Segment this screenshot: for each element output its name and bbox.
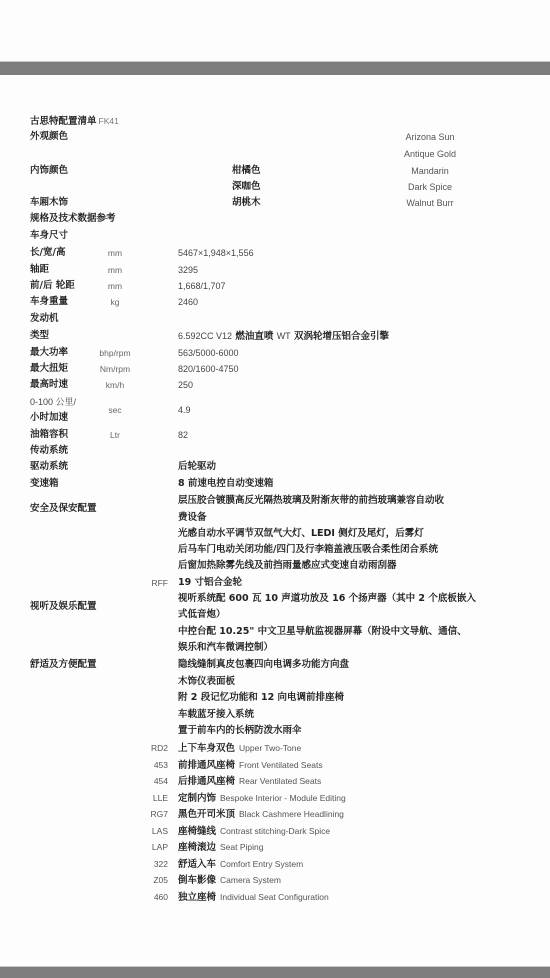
- option-en: Camera System: [220, 875, 281, 885]
- exterior-row-2: Antique Gold: [0, 146, 550, 162]
- spec-row: 车身重量 kg 2460: [0, 294, 550, 310]
- spec-value: 82: [178, 427, 188, 443]
- interior-row: 内饰颜色 柑橘色 Mandarin: [0, 163, 550, 179]
- interior-option-en: Mandarin: [360, 163, 500, 179]
- option-cn: 上下车身双色: [178, 743, 235, 754]
- feature-line: 车载蓝牙接入系统: [0, 707, 550, 723]
- spec-label: 油箱容积: [30, 427, 68, 443]
- spec-value: 250: [178, 377, 193, 393]
- wheels-row: RFF 19 寸铝合金轮: [0, 575, 550, 591]
- safety-feature: 费设备: [178, 510, 207, 526]
- safety-feature: 后马车门电动关闭功能/四门及行李箱盖液压吸合柔性闭合系统: [178, 542, 438, 558]
- comfort-feature: 隐线缝制真皮包裹四向电调多功能方向盘: [178, 657, 349, 673]
- engine-type-value: 6.592CC V12 燃油直喷 WT 双涡轮增压铝合金引擎: [178, 328, 389, 345]
- option-cn: 舒适入车: [178, 859, 216, 870]
- option-row: 460独立座椅Individual Seat Configuration: [0, 889, 550, 905]
- option-en: Black Cashmere Headlining: [239, 809, 344, 819]
- spec-value: 820/1600-4750: [178, 361, 239, 377]
- option-en: Contrast stitching-Dark Spice: [220, 826, 330, 836]
- option-row: RD2上下车身双色Upper Two-Tone: [0, 740, 550, 756]
- feature-line: 后马车门电动关闭功能/四门及行李箱盖液压吸合柔性闭合系统: [0, 542, 550, 558]
- option-code: RD2: [138, 740, 168, 756]
- option-code: LAP: [138, 839, 168, 855]
- spec-row: 长/宽/高 mm 5467×1,948×1,556: [0, 245, 550, 261]
- engine-heading-row: 发动机: [0, 311, 550, 327]
- spec-label: 车身重量: [30, 294, 68, 310]
- av-feature: 式低音炮）: [178, 607, 226, 623]
- comfort-feature: 车载蓝牙接入系统: [178, 707, 254, 723]
- exterior-option: Antique Gold: [360, 146, 500, 162]
- drivetrain-heading-row: 传动系统: [0, 443, 550, 459]
- body-heading: 车身尺寸: [30, 228, 68, 244]
- engine-type-row: 类型 6.592CC V12 燃油直喷 WT 双涡轮增压铝合金引擎: [0, 328, 550, 344]
- spec-unit: mm: [85, 245, 145, 261]
- body-heading-row: 车身尺寸: [0, 228, 550, 244]
- spec-label: 最高时速: [30, 377, 68, 393]
- option-row: 453前排通风座椅Front Ventilated Seats: [0, 757, 550, 773]
- option-row: RG7黑色开司米顶Black Cashmere Headlining: [0, 806, 550, 822]
- option-en: Individual Seat Configuration: [220, 892, 329, 902]
- engine-displacement: 6.592CC V12: [178, 331, 232, 341]
- spec-label: 类型: [30, 328, 49, 344]
- option-row: LAP座椅滚边Seat Piping: [0, 839, 550, 855]
- document-title: 古思特配置清单FK41: [30, 113, 119, 130]
- spec-unit: bhp/rpm: [85, 345, 145, 361]
- wood-row: 车厢木饰 胡桃木 Walnut Burr: [0, 195, 550, 211]
- interior-option-cn: 柑橘色: [232, 163, 261, 179]
- spec-value: 3295: [178, 262, 198, 278]
- feature-line: 附 2 段记忆功能和 12 向电调前排座椅: [0, 690, 550, 706]
- engine-injection: 燃油直喷: [235, 331, 273, 342]
- spec-value: 563/5000-6000: [178, 345, 239, 361]
- drive-row: 驱动系统 后轮驱动: [0, 459, 550, 475]
- spec-unit: mm: [85, 262, 145, 278]
- safety-feature: 光感自动水平调节双氙气大灯、LEDI 侧灯及尾灯，后雾灯: [178, 526, 424, 542]
- spec-label: 长/宽/高: [30, 245, 65, 261]
- wood-cn: 胡桃木: [232, 195, 261, 211]
- spec-label: 最大扭矩: [30, 361, 68, 377]
- option-cn: 座椅滚边: [178, 842, 216, 853]
- interior-option-cn: 深咖色: [232, 179, 261, 195]
- option-cn: 定制内饰: [178, 793, 216, 804]
- comfort-label: 舒适及方便配置: [30, 657, 97, 673]
- spec-row: 前/后 轮距 mm 1,668/1,707: [0, 278, 550, 294]
- title-row: 古思特配置清单FK41: [0, 113, 550, 129]
- safety-feature: 后窗加热除雾先线及前挡雨量感应式变速自动雨刮器: [178, 558, 397, 574]
- accel-row-2: 小时加速: [0, 410, 550, 426]
- wheels-value: 19 寸铝合金轮: [178, 575, 242, 591]
- spec-value: 5467×1,948×1,556: [178, 245, 254, 261]
- option-code: 454: [138, 773, 168, 789]
- option-cn: 黑色开司米顶: [178, 809, 235, 820]
- specs-heading: 规格及技术数据参考: [30, 211, 116, 227]
- feature-line: 中控台配 10.25" 中文卫星导航监视器屏幕（附设中文导航、通信、: [0, 624, 550, 640]
- option-en: Seat Piping: [220, 842, 263, 852]
- engine-heading: 发动机: [30, 311, 59, 327]
- spec-label: 前/后 轮距: [30, 278, 75, 294]
- option-code: LAS: [138, 823, 168, 839]
- option-cn: 倒车影像: [178, 875, 216, 886]
- spec-unit: Ltr: [85, 427, 145, 443]
- feature-line: 费设备: [0, 510, 550, 526]
- option-row: Z05倒车影像Camera System: [0, 872, 550, 888]
- wood-label: 车厢木饰: [30, 195, 68, 211]
- spec-value: 1,668/1,707: [178, 278, 226, 294]
- option-en: Bespoke Interior - Module Editing: [220, 793, 346, 803]
- spec-label: 驱动系统: [30, 459, 68, 475]
- comfort-feature: 木饰仪表面板: [178, 674, 235, 690]
- comfort-feature: 置于前车内的长柄防泼水雨伞: [178, 723, 302, 739]
- feature-line: 置于前车内的长柄防泼水雨伞: [0, 723, 550, 739]
- exterior-label: 外观颜色: [30, 129, 68, 145]
- spec-row: 轴距 mm 3295: [0, 262, 550, 278]
- feature-line: 式低音炮）: [0, 607, 550, 623]
- av-feature: 中控台配 10.25" 中文卫星导航监视器屏幕（附设中文导航、通信、: [178, 624, 467, 640]
- spec-unit: Nm/rpm: [85, 361, 145, 377]
- engine-wt: WT: [277, 331, 291, 341]
- option-code: Z05: [138, 872, 168, 888]
- interior-row-2: 深咖色 Dark Spice: [0, 179, 550, 195]
- engine-turbo: 双涡轮增压铝合金引擎: [294, 331, 389, 342]
- option-row: LAS座椅缝线Contrast stitching-Dark Spice: [0, 823, 550, 839]
- option-cn: 后排通风座椅: [178, 776, 235, 787]
- option-en: Comfort Entry System: [220, 859, 303, 869]
- option-code: LLE: [138, 790, 168, 806]
- specs-heading-row: 规格及技术数据参考: [0, 211, 550, 227]
- wood-en: Walnut Burr: [360, 195, 500, 211]
- option-code: 322: [138, 856, 168, 872]
- accel-label-2: 小时加速: [30, 410, 68, 426]
- top-bar: [0, 61, 550, 75]
- spec-row: 油箱容积 Ltr 82: [0, 427, 550, 443]
- spec-unit: mm: [85, 278, 145, 294]
- title-cn: 古思特配置清单: [30, 116, 97, 127]
- option-code: RFF: [138, 575, 168, 591]
- exterior-option: Arizona Sun: [360, 129, 500, 145]
- option-cn: 独立座椅: [178, 892, 216, 903]
- interior-label: 内饰颜色: [30, 163, 68, 179]
- drivetrain-heading: 传动系统: [30, 443, 68, 459]
- exterior-row: 外观颜色 Arizona Sun: [0, 129, 550, 145]
- feature-line: 木饰仪表面板: [0, 674, 550, 690]
- option-row: 322舒适入车Comfort Entry System: [0, 856, 550, 872]
- gearbox-row: 变速箱 8 前速电控自动变速箱: [0, 476, 550, 492]
- spec-unit: kg: [85, 294, 145, 310]
- option-en: Upper Two-Tone: [239, 743, 301, 753]
- option-code: RG7: [138, 806, 168, 822]
- option-row: LLE定制内饰Bespoke Interior - Module Editing: [0, 790, 550, 806]
- spec-label: 轴距: [30, 262, 49, 278]
- interior-option-en: Dark Spice: [360, 179, 500, 195]
- model-code: FK41: [99, 116, 119, 126]
- spec-label: 最大功率: [30, 345, 68, 361]
- option-row: 454后排通风座椅Rear Ventilated Seats: [0, 773, 550, 789]
- spec-value: 后轮驱动: [178, 459, 216, 475]
- option-code: 460: [138, 889, 168, 905]
- option-en: Rear Ventilated Seats: [239, 776, 321, 786]
- feature-line: 后窗加热除雾先线及前挡雨量感应式变速自动雨刮器: [0, 558, 550, 574]
- feature-line: 娱乐和汽车微调控制）: [0, 640, 550, 656]
- spec-value: 2460: [178, 294, 198, 310]
- spec-row: 最高时速 km/h 250: [0, 377, 550, 393]
- option-code: 453: [138, 757, 168, 773]
- feature-line: 舒适及方便配置 隐线缝制真皮包裹四向电调多功能方向盘: [0, 657, 550, 673]
- bottom-bar: [0, 966, 550, 978]
- spec-row: 最大功率 bhp/rpm 563/5000-6000: [0, 345, 550, 361]
- spec-unit: km/h: [85, 377, 145, 393]
- av-feature: 娱乐和汽车微调控制）: [178, 640, 273, 656]
- spec-label: 变速箱: [30, 476, 59, 492]
- option-en: Front Ventilated Seats: [239, 760, 323, 770]
- option-cn: 前排通风座椅: [178, 760, 235, 771]
- spec-value: 8 前速电控自动变速箱: [178, 476, 273, 492]
- feature-line: 光感自动水平调节双氙气大灯、LEDI 侧灯及尾灯，后雾灯: [0, 526, 550, 542]
- option-cn: 座椅缝线: [178, 826, 216, 837]
- spec-row: 最大扭矩 Nm/rpm 820/1600-4750: [0, 361, 550, 377]
- comfort-feature: 附 2 段记忆功能和 12 向电调前排座椅: [178, 690, 344, 706]
